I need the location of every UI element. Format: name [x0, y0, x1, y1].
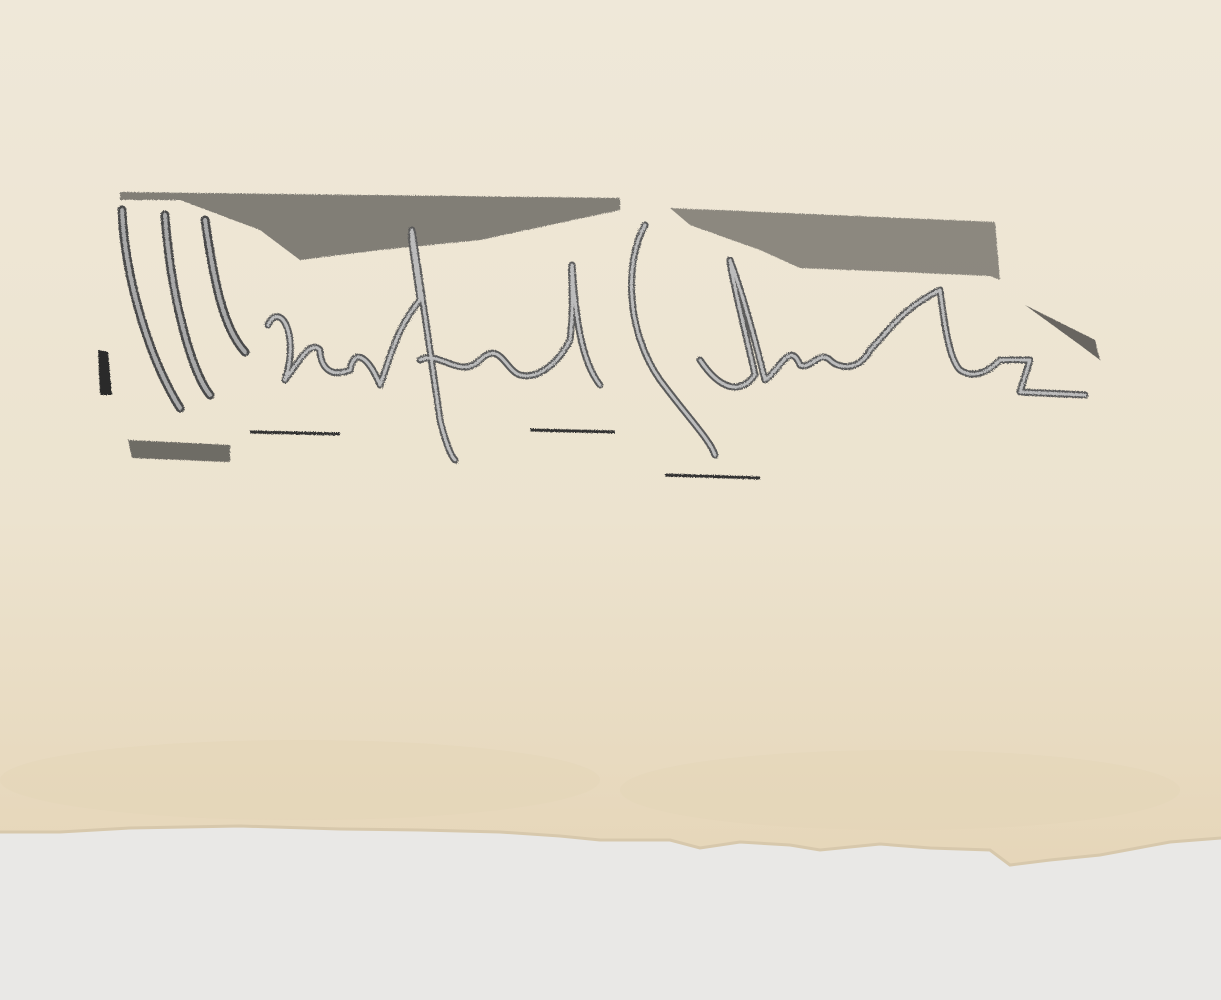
- photo: Manfred Schwartz: [0, 0, 1221, 1000]
- signature-photo-illustration: [0, 0, 1221, 1000]
